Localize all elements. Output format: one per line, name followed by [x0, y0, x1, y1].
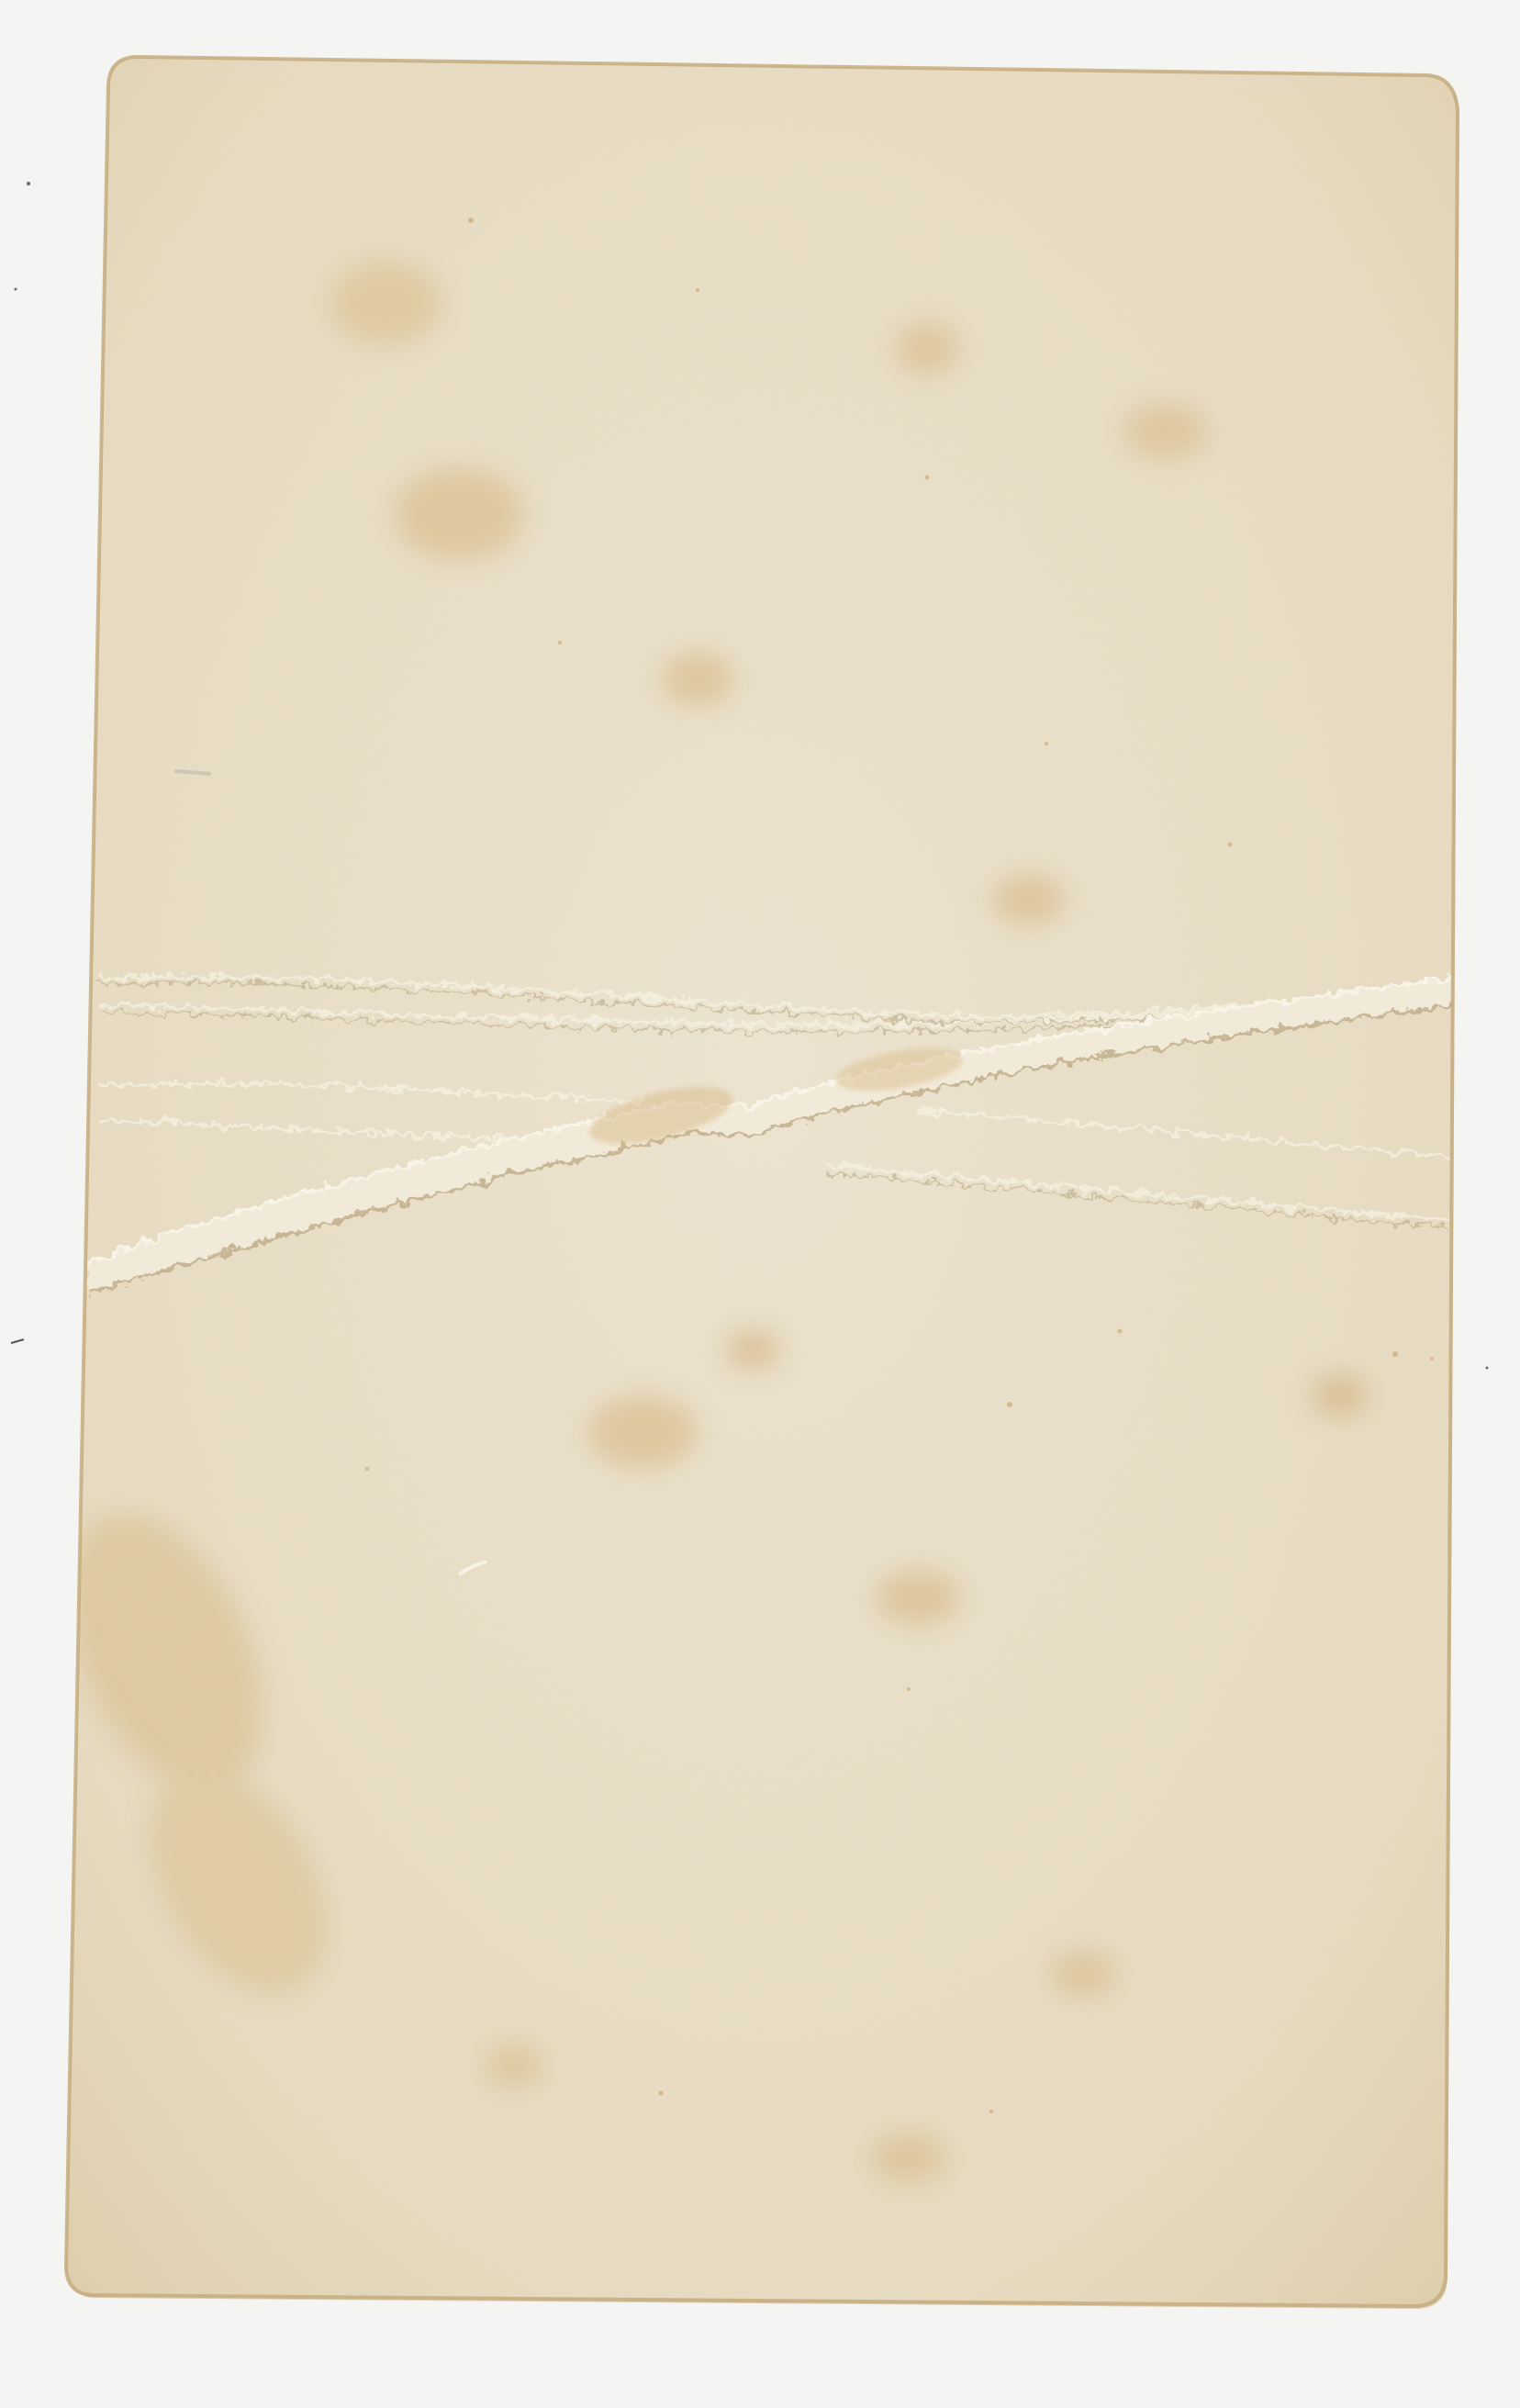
aged-card-back — [0, 0, 1520, 2408]
card-paper-surface — [0, 0, 1520, 2408]
scanned-card-scene — [0, 0, 1520, 2408]
card-illustration — [0, 0, 1520, 2408]
